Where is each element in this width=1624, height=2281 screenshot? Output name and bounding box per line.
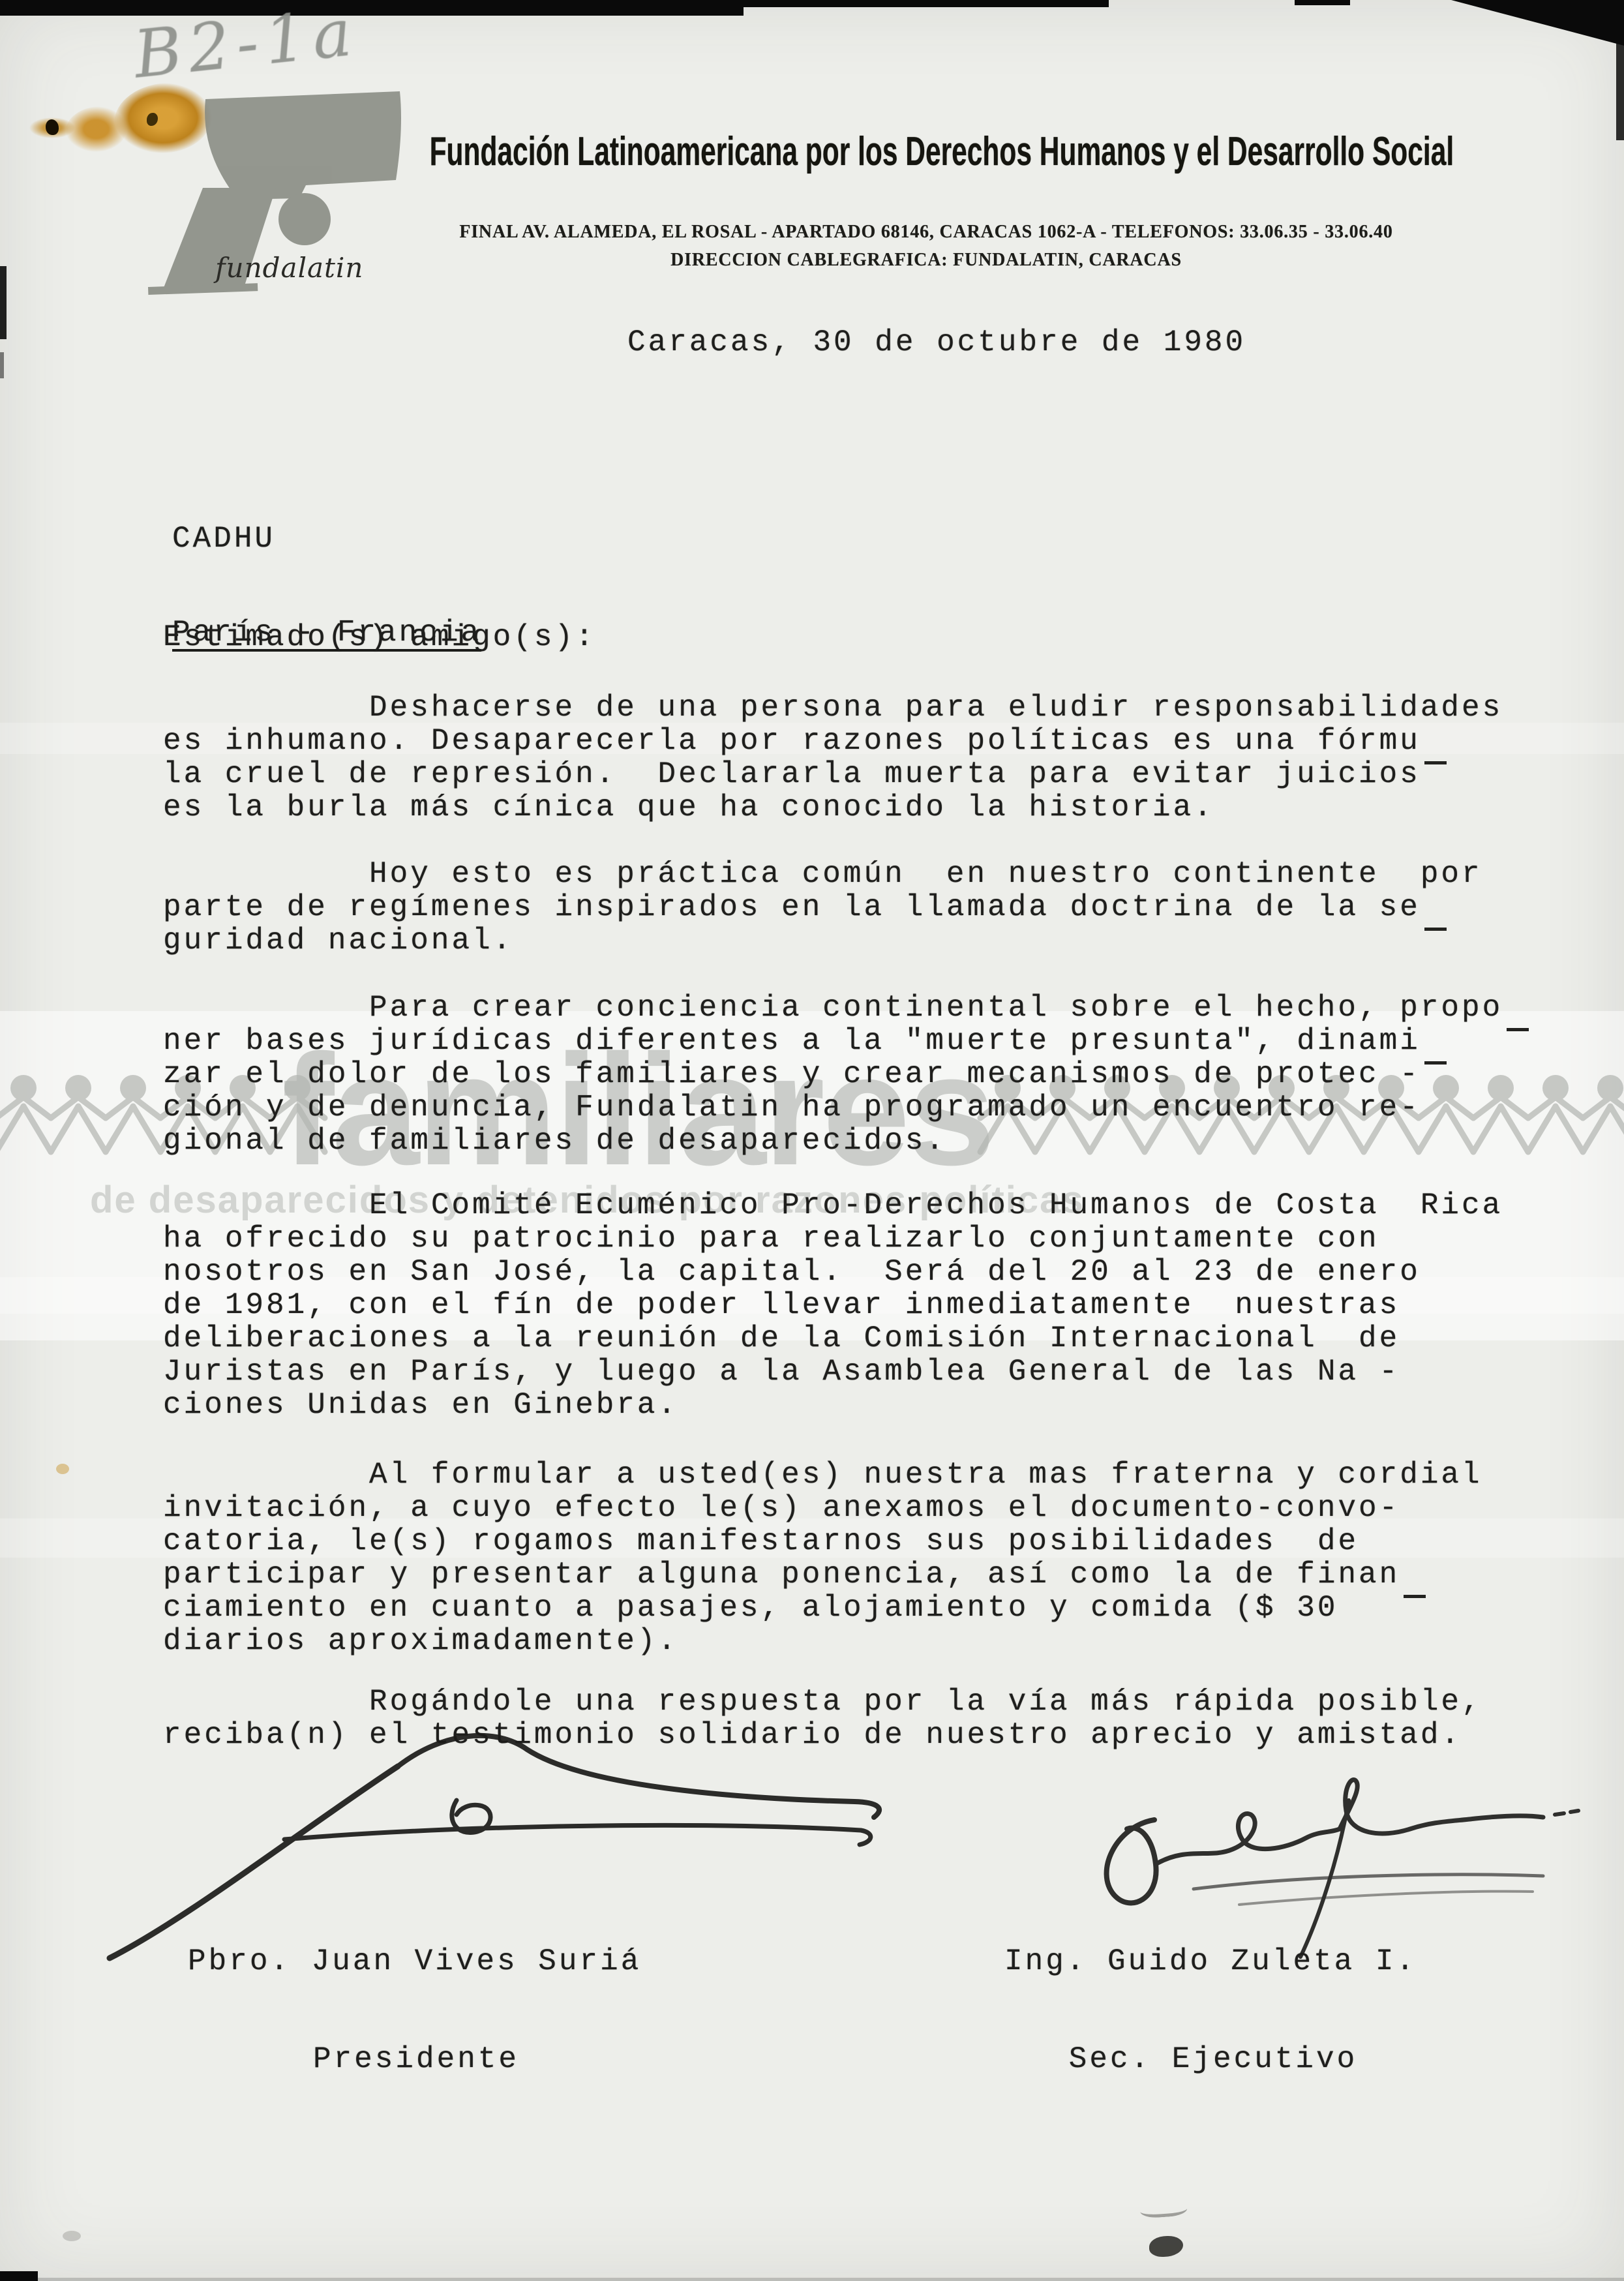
letter-paragraph: Al formular a usted(es) nuestra mas frat…: [163, 1458, 1482, 1658]
typed-line: gional de familiares de desaparecidos.: [163, 1125, 1529, 1158]
typed-line: la cruel de represión. Declararla muerta…: [163, 758, 1503, 791]
typed-line: parte de regímenes inspirados en la llam…: [163, 891, 1482, 924]
continuation-mark: [1424, 928, 1447, 931]
typed-line: ción y de denuncia, Fundalatin ha progra…: [163, 1091, 1529, 1125]
typed-line: ciamiento en cuanto a pasajes, alojamien…: [163, 1592, 1482, 1625]
letterhead-cable-address: DIRECCION CABLEGRAFICA: FUNDALATIN, CARA…: [339, 250, 1513, 271]
typed-line: Hoy esto es práctica común en nuestro co…: [163, 858, 1482, 891]
recipient-block: CADHU París - Francia: [172, 461, 481, 714]
typed-line: es inhumano. Desaparecerla por razones p…: [163, 725, 1503, 758]
letterhead-address: FINAL AV. ALAMEDA, EL ROSAL - APARTADO 6…: [339, 222, 1513, 243]
signer-title: Presidente: [188, 2043, 644, 2076]
pencil-annotation: B2-1a: [130, 0, 361, 93]
typed-line: zar el dolor de los familiares y crear m…: [163, 1058, 1529, 1091]
typed-line: Rogándole una respuesta por la vía más r…: [163, 1685, 1482, 1719]
typed-line: El Comité Ecuménico Pro-Derechos Humanos…: [163, 1189, 1503, 1222]
typed-line: Al formular a usted(es) nuestra mas frat…: [163, 1458, 1482, 1492]
scan-corner-artifact: [1451, 0, 1624, 46]
scan-edge-artifact: [1616, 42, 1624, 140]
paper-speck: [56, 1464, 69, 1474]
ink-stain-spot: [46, 119, 59, 135]
scan-edge-artifact: [1295, 0, 1350, 5]
typed-line: invitación, a cuyo efecto le(s) anexamos…: [163, 1492, 1482, 1525]
scan-edge-artifact: [0, 0, 744, 16]
letter-paragraph: Hoy esto es práctica común en nuestro co…: [163, 858, 1482, 958]
signer-name: Pbro. Juan Vives Suriá: [188, 1945, 644, 1978]
typed-line: participar y presentar alguna ponencia, …: [163, 1558, 1482, 1592]
continuation-mark: [1507, 1028, 1529, 1031]
typed-line: Deshacerse de una persona para eludir re…: [163, 691, 1503, 725]
letter-paragraph: El Comité Ecuménico Pro-Derechos Humanos…: [163, 1189, 1503, 1422]
recipient-name: CADHU: [172, 523, 481, 554]
scan-edge-artifact: [744, 0, 1109, 7]
pencil-mark: [1139, 2198, 1188, 2219]
date-line: Caracas, 30 de octubre de 1980: [627, 326, 1246, 359]
continuation-mark: [1424, 761, 1447, 764]
signer-block-right: Ing. Guido Zuleta I. Sec. Ejecutivo: [1004, 1880, 1422, 2141]
typed-line: Para crear conciencia continental sobre …: [163, 991, 1529, 1025]
typed-line: es la burla más cínica que ha conocido l…: [163, 791, 1503, 824]
typed-line: nosotros en San José, la capital. Será d…: [163, 1256, 1503, 1289]
signer-title: Sec. Ejecutivo: [1004, 2043, 1422, 2076]
typed-line: ha ofrecido su patrocinio para realizarl…: [163, 1222, 1503, 1256]
letter-paragraph: Deshacerse de una persona para eludir re…: [163, 691, 1503, 824]
ink-spot: [1149, 2236, 1183, 2257]
typed-line: guridad nacional.: [163, 924, 1482, 958]
typed-line: diarios aproximadamente).: [163, 1625, 1482, 1658]
continuation-mark: [1404, 1595, 1426, 1598]
scan-edge-artifact: [0, 2278, 1624, 2281]
typed-line: ciones Unidas en Ginebra.: [163, 1389, 1503, 1422]
letter-paragraph: Para crear conciencia continental sobre …: [163, 991, 1529, 1158]
continuation-mark: [1424, 1061, 1447, 1065]
paper-smudge: [63, 2231, 81, 2241]
letterhead: Fundación Latinoamericana por los Derech…: [339, 128, 1513, 166]
typed-line: deliberaciones a la reunión de la Comisi…: [163, 1322, 1503, 1355]
typed-line: catoria, le(s) rogamos manifestarnos sus…: [163, 1525, 1482, 1558]
signer-name: Ing. Guido Zuleta I.: [1004, 1945, 1422, 1978]
scanned-letter-page: B2-1a familiares de desaparecidos y dete…: [0, 0, 1624, 2281]
scan-edge-artifact: [0, 266, 7, 339]
typed-line: de 1981, con el fín de poder llevar inme…: [163, 1289, 1503, 1322]
salutation: Estimado(s) amigo(s):: [163, 621, 596, 654]
org-name: Fundación Latinoamericana por los Derech…: [430, 128, 1454, 175]
scan-edge-artifact: [0, 352, 4, 378]
typed-line: Juristas en París, y luego a la Asamblea…: [163, 1355, 1503, 1389]
signer-block-left: Pbro. Juan Vives Suriá Presidente: [188, 1880, 644, 2141]
typed-line: ner bases jurídicas diferentes a la "mue…: [163, 1025, 1529, 1058]
